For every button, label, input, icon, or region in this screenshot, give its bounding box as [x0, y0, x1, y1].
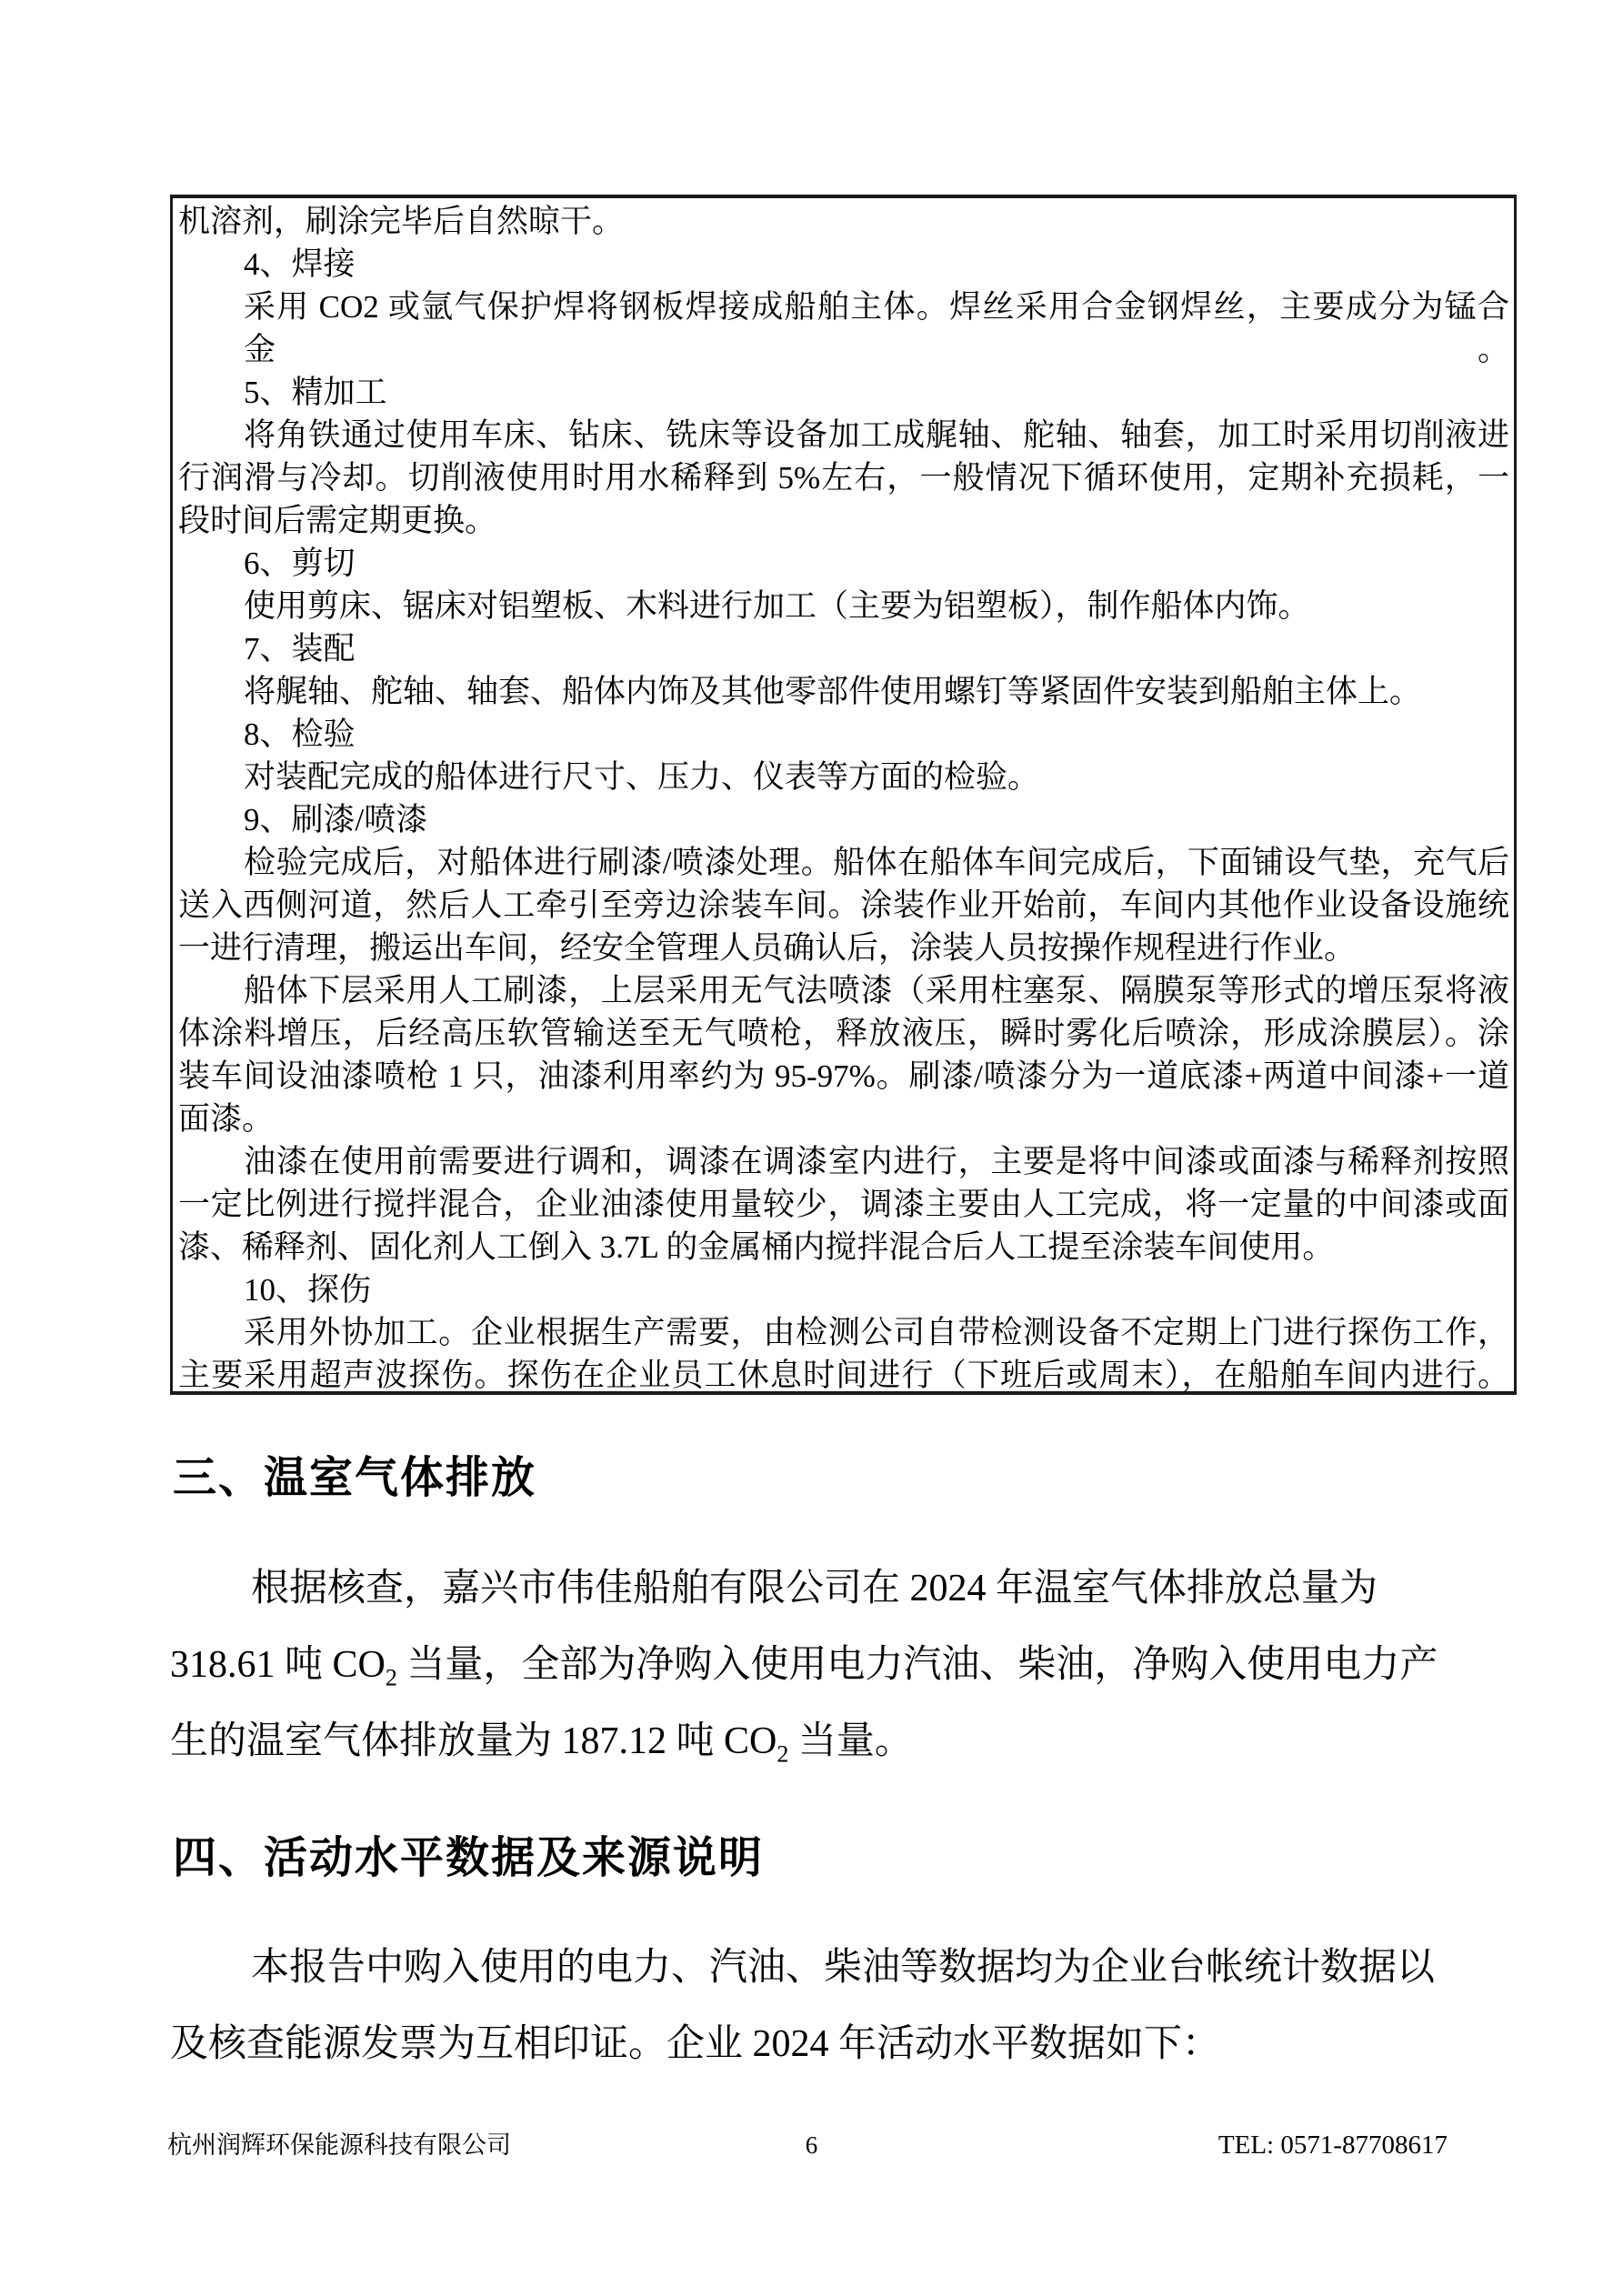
- section-4-paragraph: 本报告中购入使用的电力、汽油、柴油等数据均为企业台帐统计数据以 及核查能源发票为…: [170, 1930, 1525, 2082]
- process-step-label: 9、刷漆/喷漆: [178, 798, 1509, 841]
- para-line: 生的温室气体排放量为 187.12 吨 CO2 当量。: [170, 1703, 1525, 1780]
- process-line: 行润滑与冷却。切削液使用时用水稀释到 5%左右，一般情况下循环使用，定期补充损耗…: [178, 456, 1509, 499]
- process-line: 漆、稀释剂、固化剂人工倒入 3.7L 的金属桶内搅拌混合后人工提至涂装车间使用。: [178, 1226, 1509, 1268]
- process-line: 主要采用超声波探伤。探伤在企业员工休息时间进行（下班后或周末），在船舶车间内进行…: [178, 1354, 1509, 1395]
- process-step-label: 10、探伤: [178, 1268, 1509, 1311]
- co2-electricity-text-cont: 当量。: [788, 1720, 913, 1762]
- process-line: 对装配完成的船体进行尺寸、压力、仪表等方面的检验。: [178, 756, 1509, 798]
- process-step-label: 5、精加工: [178, 371, 1509, 414]
- process-step-label: 6、剪切: [178, 542, 1509, 585]
- page-footer: 杭州润辉环保能源科技有限公司 6 TEL: 0571-87708617: [0, 2130, 1623, 2166]
- process-line: 将角铁通过使用车床、钻床、铣床等设备加工成艉轴、舵轴、轴套，加工时采用切削液进: [178, 414, 1509, 456]
- process-line: 一定比例进行搅拌混合，企业油漆使用量较少，调漆主要由人工完成，将一定量的中间漆或…: [178, 1183, 1509, 1226]
- para-line: 本报告中购入使用的电力、汽油、柴油等数据均为企业台帐统计数据以: [170, 1930, 1525, 2006]
- para-line: 318.61 吨 CO2 当量，全部为净购入使用电力汽油、柴油，净购入使用电力产: [170, 1627, 1525, 1703]
- process-line: 面漆。: [178, 1098, 1509, 1140]
- footer-phone: TEL: 0571-87708617: [1218, 2130, 1448, 2161]
- process-line: 检验完成后，对船体进行刷漆/喷漆处理。船体在船体车间完成后，下面铺设气垫，充气后: [178, 841, 1509, 884]
- process-line: 一进行清理，搬运出车间，经安全管理人员确认后，涂装人员按操作规程进行作业。: [178, 927, 1509, 969]
- process-line: 体涂料增压，后经高压软管输送至无气喷枪，释放液压，瞬时雾化后喷涂，形成涂膜层）。…: [178, 1012, 1509, 1055]
- process-line: 段时间后需定期更换。: [178, 499, 1509, 542]
- process-line: 装车间设油漆喷枪 1 只，油漆利用率约为 95-97%。刷漆/喷漆分为一道底漆+…: [178, 1055, 1509, 1098]
- process-description-box: 机溶剂，刷涂完毕后自然晾干。 4、焊接 采用 CO2 或氩气保护焊将钢板焊接成船…: [170, 195, 1517, 1395]
- section-3-paragraph: 根据核查，嘉兴市伟佳船舶有限公司在 2024 年温室气体排放总量为 318.61…: [170, 1550, 1525, 1780]
- process-line: 船体下层采用人工刷漆，上层采用无气法喷漆（采用柱塞泵、隔膜泵等形式的增压泵将液: [178, 969, 1509, 1012]
- section-4-heading: 四、活动水平数据及来源说明: [173, 1822, 764, 1885]
- para-line: 及核查能源发票为互相印证。企业 2024 年活动水平数据如下：: [170, 2006, 1525, 2082]
- process-line: 采用外协加工。企业根据生产需要，由检测公司自带检测设备不定期上门进行探伤工作，: [178, 1311, 1509, 1354]
- process-line: 机溶剂，刷涂完毕后自然晾干。: [178, 200, 1509, 243]
- process-line: 油漆在使用前需要进行调和，调漆在调漆室内进行，主要是将中间漆或面漆与稀释剂按照: [178, 1140, 1509, 1183]
- process-step-label: 7、装配: [178, 627, 1509, 670]
- section-3-heading: 三、温室气体排放: [173, 1442, 536, 1505]
- document-page: 机溶剂，刷涂完毕后自然晾干。 4、焊接 采用 CO2 或氩气保护焊将钢板焊接成船…: [0, 0, 1623, 2296]
- process-line: 将艉轴、舵轴、轴套、船体内饰及其他零部件使用螺钉等紧固件安装到船舶主体上。: [178, 670, 1509, 713]
- co2-subscript: 2: [386, 1664, 397, 1690]
- process-line: 送入西侧河道，然后人工牵引至旁边涂装车间。涂装作业开始前，车间内其他作业设备设施…: [178, 884, 1509, 927]
- para-line: 根据核查，嘉兴市伟佳船舶有限公司在 2024 年温室气体排放总量为: [170, 1550, 1525, 1627]
- co2-subscript: 2: [776, 1740, 788, 1767]
- process-step-label: 4、焊接: [178, 243, 1509, 286]
- co2-total-text: 318.61 吨 CO: [170, 1644, 386, 1686]
- process-step-label: 8、检验: [178, 713, 1509, 756]
- process-line: 采用 CO2 或氩气保护焊将钢板焊接成船舶主体。焊丝采用合金钢焊丝，主要成分为锰…: [178, 286, 1509, 371]
- process-line: 使用剪床、锯床对铝塑板、木料进行加工（主要为铝塑板），制作船体内饰。: [178, 585, 1509, 627]
- co2-electricity-text: 生的温室气体排放量为 187.12 吨 CO: [170, 1720, 776, 1762]
- co2-total-text-cont: 当量，全部为净购入使用电力汽油、柴油，净购入使用电力产: [397, 1644, 1438, 1686]
